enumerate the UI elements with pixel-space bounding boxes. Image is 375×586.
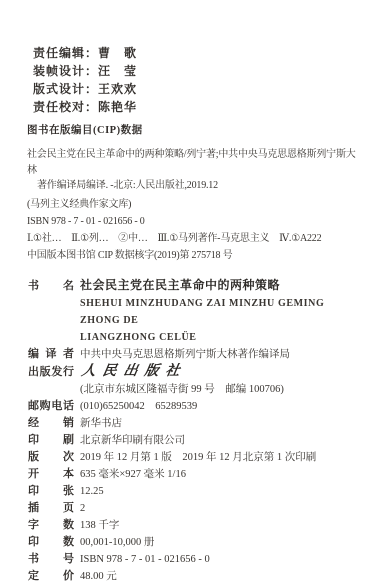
credit-name: 汪 莹 — [98, 64, 137, 78]
book-title-pinyin-line2: LIANGZHONG CELÜE — [80, 329, 197, 346]
colophon-row-distributor: 经销 新华书店 — [28, 415, 364, 432]
colophon-row-inserts: 插页 2 — [28, 500, 364, 517]
colophon-row-title: 书名 社会民主党在民主革命中的两种策略 — [28, 277, 364, 295]
credits-block: 责任编辑：曹 歌 装帧设计：汪 莹 版式设计：王欢欢 责任校对：陈艳华 — [33, 44, 137, 116]
cip-series-line: (马列主义经典作家文库) — [27, 196, 357, 213]
colophon-row-sheets: 印张 12.25 — [28, 483, 364, 500]
printer-value: 北京新华印刷有限公司 — [80, 432, 185, 449]
cip-publisher-line: 著作编译局编译. -北京:人民出版社,2019.12 — [27, 178, 357, 194]
inserts-value: 2 — [80, 500, 85, 517]
credit-role: 责任编辑： — [33, 46, 98, 60]
price-value: 48.00 元 — [80, 568, 117, 585]
translator-value: 中共中央马克思恩格斯列宁斯大林著作编译局 — [80, 346, 290, 363]
edition-value: 2019 年 12 月第 1 版 2019 年 12 月北京第 1 次印刷 — [80, 449, 316, 466]
colophon-row-isbn: 书号 ISBN 978 - 7 - 01 - 021656 - 0 — [28, 551, 364, 568]
colophon-label: 印数 — [28, 534, 74, 551]
cip-block: 图书在版编目(CIP)数据 社会民主党在民主革命中的两种策略/列宁著;中共中央马… — [27, 122, 357, 264]
credit-name: 陈艳华 — [98, 100, 137, 114]
colophon-row-edition: 版次 2019 年 12 月第 1 版 2019 年 12 月北京第 1 次印刷 — [28, 449, 364, 466]
publisher-address: (北京市东城区隆福寺街 99 号 邮编 100706) — [80, 381, 284, 398]
sheets-value: 12.25 — [80, 483, 104, 500]
credit-role: 责任校对： — [33, 100, 98, 114]
colophon-row-pinyin-2: LIANGZHONG CELÜE — [28, 329, 364, 346]
colophon-label: 版次 — [28, 449, 74, 466]
wordcount-value: 138 千字 — [80, 517, 119, 534]
colophon-row-price: 定价 48.00 元 — [28, 568, 364, 585]
colophon-row-printrun: 印数 00,001-10,000 册 — [28, 534, 364, 551]
colophon-label: 开本 — [28, 466, 74, 483]
colophon-row-wordcount: 字数 138 千字 — [28, 517, 364, 534]
colophon-block: 书名 社会民主党在民主革命中的两种策略 SHEHUI MINZHUDANG ZA… — [28, 277, 364, 585]
colophon-label: 经销 — [28, 415, 74, 432]
colophon-label: 插页 — [28, 500, 74, 517]
colophon-label: 印刷 — [28, 432, 74, 449]
credit-line-editor: 责任编辑：曹 歌 — [33, 44, 137, 62]
cip-heading: 图书在版编目(CIP)数据 — [27, 122, 357, 137]
cip-title-line: 社会民主党在民主革命中的两种策略/列宁著;中共中央马克思恩格斯列宁斯大林 — [27, 147, 357, 178]
colophon-row-translator: 编译者 中共中央马克思恩格斯列宁斯大林著作编译局 — [28, 346, 364, 363]
mail-order-phone: (010)65250042 65289539 — [80, 398, 197, 415]
format-value: 635 毫米×927 毫米 1/16 — [80, 466, 186, 483]
colophon-label: 出版发行 — [28, 364, 74, 381]
publisher-logo: 人民出版社 — [80, 363, 188, 380]
colophon-label: 印张 — [28, 483, 74, 500]
credit-line-proofreader: 责任校对：陈艳华 — [33, 98, 137, 116]
cip-registry-line: 中国版本图书馆 CIP 数据核字(2019)第 275718 号 — [27, 247, 357, 264]
colophon-row-phone: 邮购电话 (010)65250042 65289539 — [28, 398, 364, 415]
credit-name: 王欢欢 — [98, 82, 137, 96]
colophon-row-address: (北京市东城区隆福寺街 99 号 邮编 100706) — [28, 381, 364, 398]
colophon-label: 邮购电话 — [28, 398, 74, 415]
colophon-label: 字数 — [28, 517, 74, 534]
colophon-label: 书号 — [28, 551, 74, 568]
colophon-row-format: 开本 635 毫米×927 毫米 1/16 — [28, 466, 364, 483]
credit-line-design: 装帧设计：汪 莹 — [33, 62, 137, 80]
printrun-value: 00,001-10,000 册 — [80, 534, 154, 551]
colophon-label: 定价 — [28, 568, 74, 585]
copyright-page: 责任编辑：曹 歌 装帧设计：汪 莹 版式设计：王欢欢 责任校对：陈艳华 图书在版… — [0, 0, 375, 586]
colophon-row-pinyin-1: SHEHUI MINZHUDANG ZAI MINZHU GEMING ZHON… — [28, 295, 364, 329]
distributor-value: 新华书店 — [80, 415, 122, 432]
colophon-label: 书名 — [28, 278, 74, 295]
book-title: 社会民主党在民主革命中的两种策略 — [80, 277, 280, 294]
credit-name: 曹 歌 — [98, 46, 137, 60]
cip-classification-line: Ⅰ.①社… Ⅱ.①列… ②中… Ⅲ.①马列著作-马克思主义 Ⅳ.①A222 — [27, 230, 357, 247]
isbn-value: ISBN 978 - 7 - 01 - 021656 - 0 — [80, 551, 210, 568]
colophon-row-publisher: 出版发行 人民出版社 — [28, 363, 364, 381]
credit-line-layout: 版式设计：王欢欢 — [33, 80, 137, 98]
colophon-label: 编译者 — [28, 346, 74, 363]
cip-isbn-line: ISBN 978 - 7 - 01 - 021656 - 0 — [27, 213, 357, 230]
credit-role: 装帧设计： — [33, 64, 98, 78]
colophon-row-printer: 印刷 北京新华印刷有限公司 — [28, 432, 364, 449]
book-title-pinyin-line1: SHEHUI MINZHUDANG ZAI MINZHU GEMING ZHON… — [80, 295, 364, 329]
credit-role: 版式设计： — [33, 82, 98, 96]
